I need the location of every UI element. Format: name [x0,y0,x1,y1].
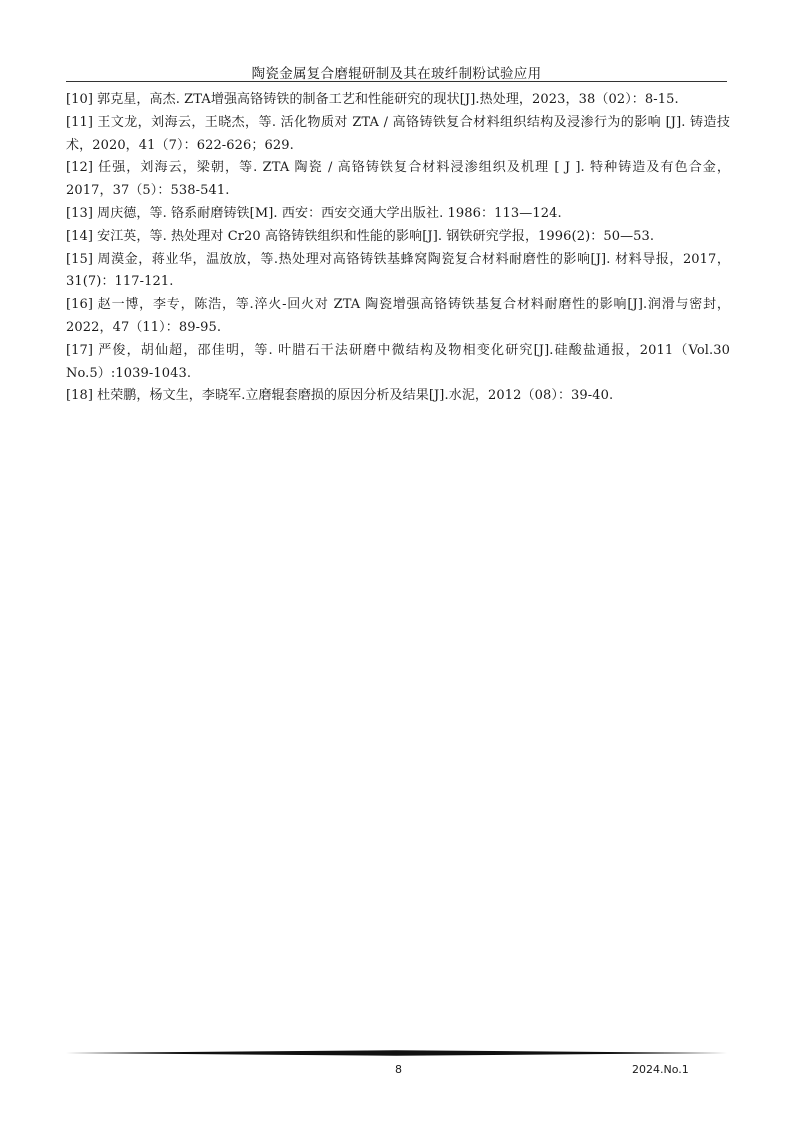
reference-number: [10] [66,92,93,107]
reference-text: 安江英，等. 热处理对 Cr20 高铬铸铁组织和性能的影响[J]. 钢铁研究学报… [97,229,654,244]
reference-number: [13] [66,206,93,221]
reference-item: [14]安江英，等. 热处理对 Cr20 高铬铸铁组织和性能的影响[J]. 钢铁… [66,226,730,249]
reference-text: 王文龙，刘海云，王晓杰，等. 活化物质对 ZTA / 高铬铸铁复合材料组织结构及… [66,115,730,153]
reference-item: [16]赵一博，李专，陈浩，等.淬火-回火对 ZTA 陶瓷增强高铬铸铁基复合材料… [66,294,730,340]
running-header-title: 陶瓷金属复合磨辊研制及其在玻纤制粉试验应用 [66,62,727,82]
reference-item: [13]周庆德，等. 铬系耐磨铸铁[M]. 西安：西安交通大学出版社. 1986… [66,203,730,226]
reference-number: [11] [66,115,93,130]
reference-item: [10]郭克星，高杰. ZTA增强高铬铸铁的制备工艺和性能研究的现状[J].热处… [66,89,730,112]
reference-number: [14] [66,229,93,244]
header-rule [66,81,727,82]
reference-text: 杜荣鹏，杨文生，李晓军.立磨辊套磨损的原因分析及结果[J].水泥，2012（08… [97,388,613,403]
footer-spindle-rule [66,1050,727,1056]
reference-item: [18]杜荣鹏，杨文生，李晓军.立磨辊套磨损的原因分析及结果[J].水泥，201… [66,385,730,408]
reference-text: 郭克星，高杰. ZTA增强高铬铸铁的制备工艺和性能研究的现状[J].热处理，20… [97,92,679,107]
reference-item: [11]王文龙，刘海云，王晓杰，等. 活化物质对 ZTA / 高铬铸铁复合材料组… [66,112,730,158]
reference-text: 赵一博，李专，陈浩，等.淬火-回火对 ZTA 陶瓷增强高铬铸铁基复合材料耐磨性的… [66,297,730,335]
page-number: 8 [395,1063,402,1076]
reference-number: [16] [66,297,93,312]
reference-item: [17]严俊，胡仙超，邵佳明，等. 叶腊石干法研磨中微结构及物相变化研究[J].… [66,340,730,386]
reference-text: 周漠金，蒋业华，温放放，等.热处理对高铬铸铁基蜂窝陶瓷复合材料耐磨性的影响[J]… [66,252,730,290]
reference-number: [15] [66,252,93,267]
reference-text: 任强，刘海云，梁朝，等. ZTA 陶瓷 / 高铬铸铁复合材料浸渗组织及机理 [ … [66,160,730,198]
reference-number: [18] [66,388,93,403]
reference-item: [15]周漠金，蒋业华，温放放，等.热处理对高铬铸铁基蜂窝陶瓷复合材料耐磨性的影… [66,249,730,295]
reference-text: 严俊，胡仙超，邵佳明，等. 叶腊石干法研磨中微结构及物相变化研究[J].硅酸盐通… [66,343,730,381]
reference-number: [12] [66,160,93,175]
reference-number: [17] [66,343,93,358]
reference-item: [12]任强，刘海云，梁朝，等. ZTA 陶瓷 / 高铬铸铁复合材料浸渗组织及机… [66,157,730,203]
issue-label: 2024.No.1 [632,1063,689,1076]
reference-list: [10]郭克星，高杰. ZTA增强高铬铸铁的制备工艺和性能研究的现状[J].热处… [66,89,730,408]
reference-text: 周庆德，等. 铬系耐磨铸铁[M]. 西安：西安交通大学出版社. 1986：113… [97,206,562,221]
